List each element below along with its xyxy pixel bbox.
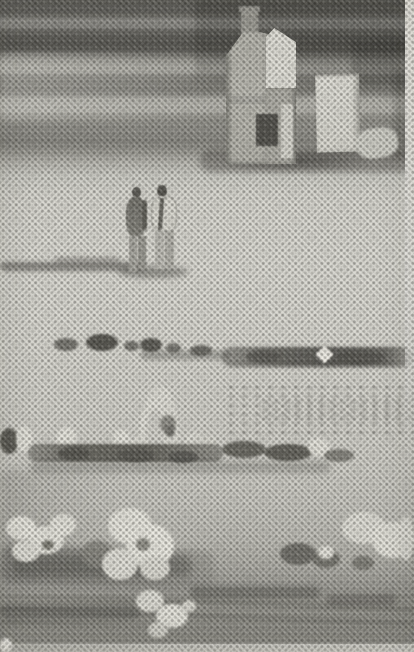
doorway [256, 114, 278, 146]
figure-leg [129, 236, 137, 272]
bottom-dark-streak [190, 586, 320, 599]
photo-margin-right [405, 0, 414, 480]
light-form-bottom [182, 600, 196, 612]
fallen-form [54, 338, 78, 351]
bottom-dark-streak [0, 604, 140, 620]
figure-arm-shade [142, 200, 147, 230]
figure-leg [155, 231, 164, 269]
fallen-form [58, 447, 90, 460]
fallen-forms-row-lower [0, 500, 414, 595]
dark-speck [42, 540, 54, 550]
fallen-form [124, 341, 139, 351]
standing-figure-right [150, 183, 178, 273]
bottom-dark-streak [326, 594, 396, 606]
figure-leg [138, 236, 146, 270]
fallen-form [86, 334, 118, 351]
bottom-margin-strip [0, 644, 414, 652]
tower-mid-shade [228, 96, 268, 104]
halftone-photograph [0, 0, 414, 652]
light-wall-strip [281, 104, 293, 158]
fallen-form [222, 441, 266, 458]
fallen-form [324, 449, 354, 462]
figure-torso-light-shirt [151, 196, 177, 232]
band-highlight-left [0, 52, 230, 122]
light-body-form [50, 514, 76, 536]
furrow-shadow-line-faint [55, 257, 120, 263]
light-body-form [140, 556, 170, 580]
figure-leg [165, 231, 174, 268]
debris-streak-left [140, 350, 230, 360]
light-shed [315, 73, 361, 152]
dark-form [280, 543, 316, 565]
light-form-bottom [148, 622, 168, 638]
standing-figure-left [124, 185, 148, 275]
dark-form [352, 556, 374, 570]
fallen-form [246, 350, 280, 363]
fallen-form [336, 350, 384, 365]
two-standing-figures [120, 180, 186, 276]
light-form [318, 546, 334, 559]
light-body-form [102, 548, 138, 580]
light-body-form [398, 516, 414, 560]
photo-margin-left-speck [0, 270, 4, 380]
fallen-forms-row-upper [0, 330, 414, 378]
corner-paper-speck [0, 638, 12, 652]
fallen-form [264, 444, 312, 461]
dark-speck [136, 538, 150, 551]
light-body-form [12, 540, 40, 562]
